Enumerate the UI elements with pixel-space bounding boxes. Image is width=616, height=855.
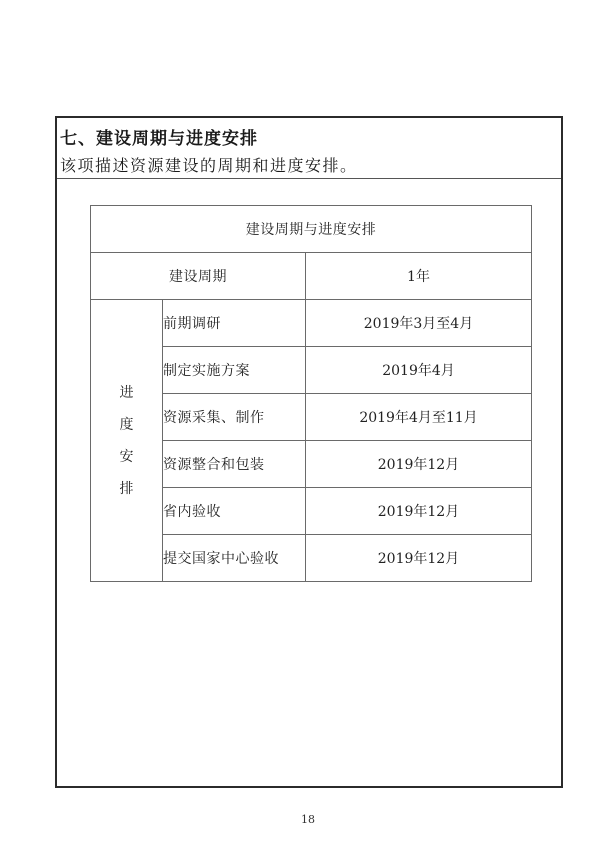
divider: [57, 178, 561, 179]
date-cell: 2019年12月: [306, 535, 532, 582]
group-label-char: 进: [91, 377, 162, 409]
period-value: 1年: [306, 253, 532, 300]
section-title: 七、建设周期与进度安排: [60, 124, 258, 149]
date-cell: 2019年4月至11月: [306, 394, 532, 441]
period-row: 建设周期 1年: [91, 253, 532, 300]
date-cell: 2019年12月: [306, 441, 532, 488]
task-cell: 制定实施方案: [163, 347, 306, 394]
period-label: 建设周期: [91, 253, 306, 300]
group-label-char: 安: [91, 441, 162, 473]
task-cell: 资源整合和包装: [163, 441, 306, 488]
group-label-char: 度: [91, 409, 162, 441]
task-cell: 提交国家中心验收: [163, 535, 306, 582]
table-header-row: 建设周期与进度安排: [91, 206, 532, 253]
section-description: 该项描述资源建设的周期和进度安排。: [60, 153, 358, 176]
task-cell: 省内验收: [163, 488, 306, 535]
date-cell: 2019年3月至4月: [306, 300, 532, 347]
group-label-char: 排: [91, 473, 162, 505]
table-row: 进 度 安 排 前期调研 2019年3月至4月: [91, 300, 532, 347]
date-cell: 2019年4月: [306, 347, 532, 394]
section-frame: 七、建设周期与进度安排 该项描述资源建设的周期和进度安排。 建设周期与进度安排 …: [55, 116, 563, 788]
schedule-table: 建设周期与进度安排 建设周期 1年 进 度 安 排 前期调研 2019年3月至4…: [90, 205, 532, 582]
table-header: 建设周期与进度安排: [91, 206, 532, 253]
date-cell: 2019年12月: [306, 488, 532, 535]
page-number: 18: [0, 813, 616, 826]
task-cell: 前期调研: [163, 300, 306, 347]
task-cell: 资源采集、制作: [163, 394, 306, 441]
schedule-group-label: 进 度 安 排: [91, 300, 163, 582]
